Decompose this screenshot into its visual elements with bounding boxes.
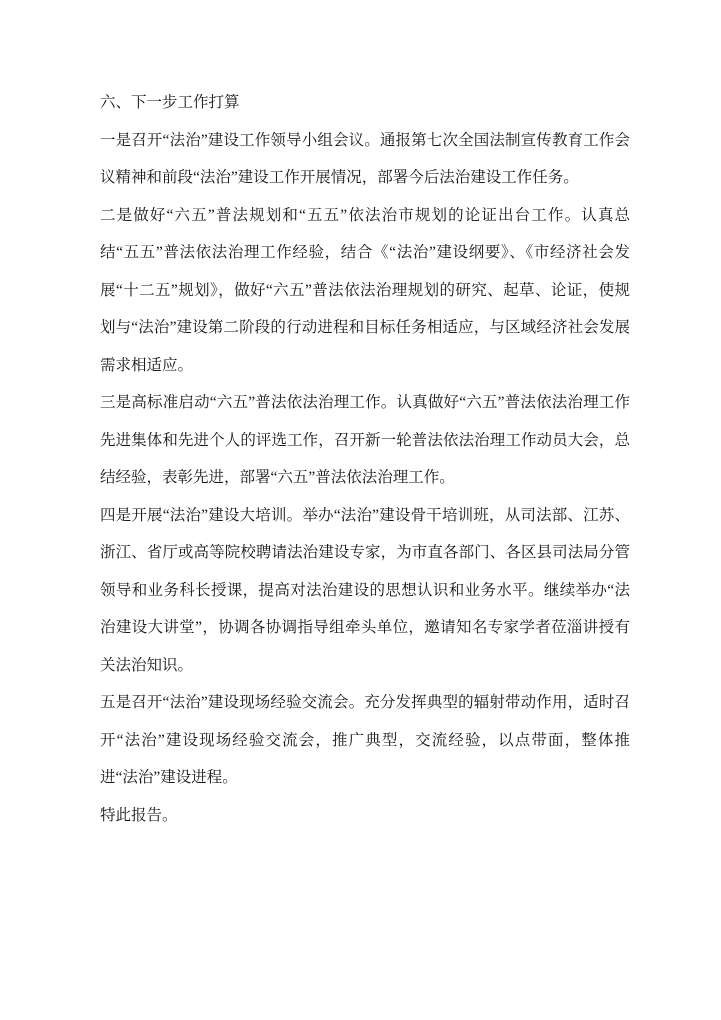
section-heading: 六、下一步工作打算: [100, 84, 630, 122]
paragraph-4: 四是开展“法治”建设大培训。举办“法治”建设骨干培训班，从司法部、江苏、浙江、省…: [100, 497, 630, 685]
paragraph-3: 三是高标准启动“六五”普法依法治理工作。认真做好“六五”普法依法治理工作先进集体…: [100, 384, 630, 497]
paragraph-2: 二是做好“六五”普法规划和“五五”依法治市规划的论证出台工作。认真总结“五五”普…: [100, 197, 630, 385]
document-page: 六、下一步工作打算 一是召开“法治”建设工作领导小组会议。通报第七次全国法制宣传…: [0, 0, 721, 1020]
paragraph-1: 一是召开“法治”建设工作领导小组会议。通报第七次全国法制宣传教育工作会议精神和前…: [100, 122, 630, 197]
closing-line: 特此报告。: [100, 797, 630, 835]
paragraph-5: 五是召开“法治”建设现场经验交流会。充分发挥典型的辐射带动作用，适时召开“法治”…: [100, 684, 630, 797]
document-body: 六、下一步工作打算 一是召开“法治”建设工作领导小组会议。通报第七次全国法制宣传…: [100, 84, 630, 834]
